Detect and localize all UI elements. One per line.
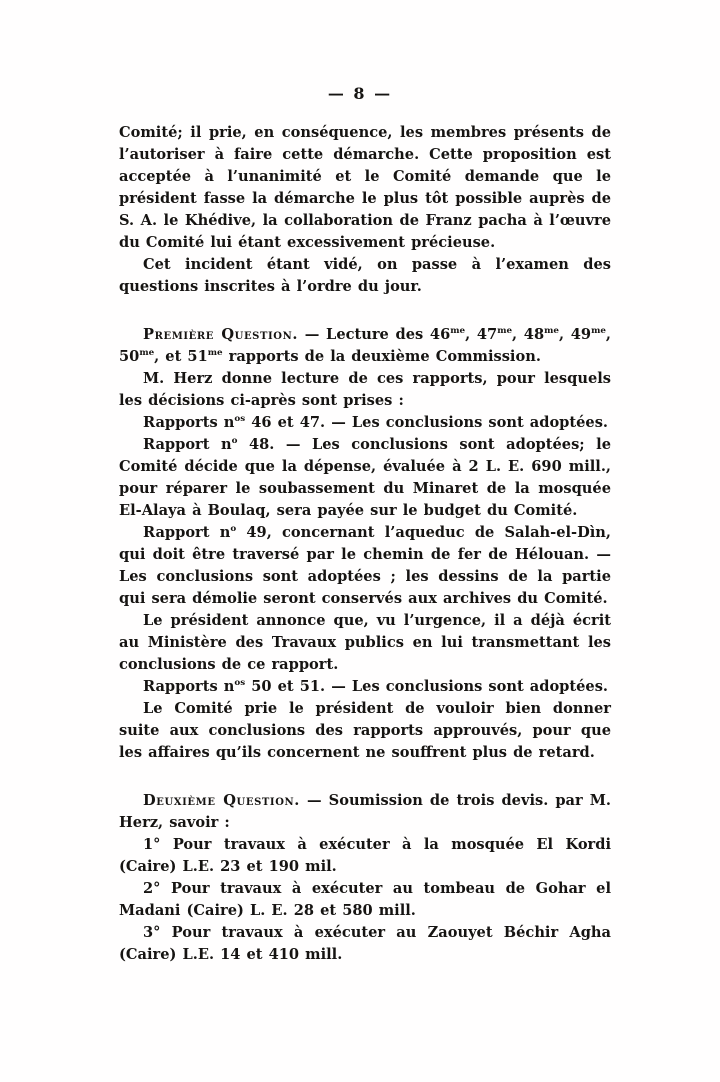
text-segment: Rapports n — [143, 678, 234, 695]
document-page: — 8 — Comité; il prie, en conséquence, l… — [0, 0, 720, 1082]
text-segment: rapports de la deuxième Commission. — [223, 348, 541, 365]
text-segment: , 48 — [512, 326, 544, 343]
paragraph: Rapports nos 46 et 47. — Les conclusions… — [119, 412, 611, 434]
superscript: me — [497, 326, 512, 336]
text-segment: M. Herz donne lecture de ces rapports, p… — [119, 370, 611, 409]
paragraph: 2° Pour travaux à exécuter au tombeau de… — [119, 878, 611, 922]
text-segment: , 47 — [465, 326, 497, 343]
paragraph: 1° Pour travaux à exécuter à la mosquée … — [119, 834, 611, 878]
paragraph: Deuxième Question. — Soumission de trois… — [119, 790, 611, 834]
superscript: me — [450, 326, 465, 336]
text-segment: Comité; il prie, en conséquence, les mem… — [119, 124, 611, 251]
paragraph: M. Herz donne lecture de ces rapports, p… — [119, 368, 611, 412]
superscript: os — [234, 678, 245, 688]
text-segment: — Lecture des 46 — [298, 326, 450, 343]
question-heading: Première Question. — [143, 326, 298, 343]
superscript: me — [139, 348, 154, 358]
text-segment: 50 et 51. — Les conclusions sont adoptée… — [245, 678, 608, 695]
text-segment: Cet incident étant vidé, on passe à l’ex… — [119, 256, 611, 295]
text-segment: , 49 — [559, 326, 591, 343]
paragraph: 3° Pour travaux à exécuter au Zaouyet Bé… — [119, 922, 611, 966]
text-segment: Rapport n — [143, 436, 232, 453]
paragraph: Comité; il prie, en conséquence, les mem… — [119, 122, 611, 254]
paragraph: Première Question. — Lecture des 46me, 4… — [119, 324, 611, 368]
superscript: os — [234, 414, 245, 424]
superscript: me — [544, 326, 559, 336]
page-text: Comité; il prie, en conséquence, les mem… — [119, 122, 611, 966]
paragraph: Le Comité prie le président de vouloir b… — [119, 698, 611, 764]
paragraph: Rapport no 49, concernant l’aqueduc de S… — [119, 522, 611, 610]
superscript: me — [208, 348, 223, 358]
page-number: — 8 — — [0, 84, 720, 103]
text-segment: 3° Pour travaux à exécuter au Zaouyet Bé… — [119, 924, 611, 963]
question-heading: Deuxième Question. — [143, 792, 300, 809]
paragraph: Rapports nos 50 et 51. — Les conclusions… — [119, 676, 611, 698]
text-segment: Rapport n — [143, 524, 230, 541]
paragraph: Le président annonce que, vu l’urgence, … — [119, 610, 611, 676]
text-segment: 46 et 47. — Les conclusions sont adoptée… — [245, 414, 608, 431]
text-segment: Rapports n — [143, 414, 234, 431]
text-segment: Le Comité prie le président de vouloir b… — [119, 700, 611, 761]
text-segment: 1° Pour travaux à exécuter à la mosquée … — [119, 836, 611, 875]
superscript: me — [591, 326, 606, 336]
paragraph: Cet incident étant vidé, on passe à l’ex… — [119, 254, 611, 298]
text-segment: Le président annonce que, vu l’urgence, … — [119, 612, 611, 673]
paragraph: Rapport no 48. — Les conclusions sont ad… — [119, 434, 611, 522]
text-segment: 2° Pour travaux à exécuter au tombeau de… — [119, 880, 611, 919]
text-segment: , et 51 — [154, 348, 208, 365]
